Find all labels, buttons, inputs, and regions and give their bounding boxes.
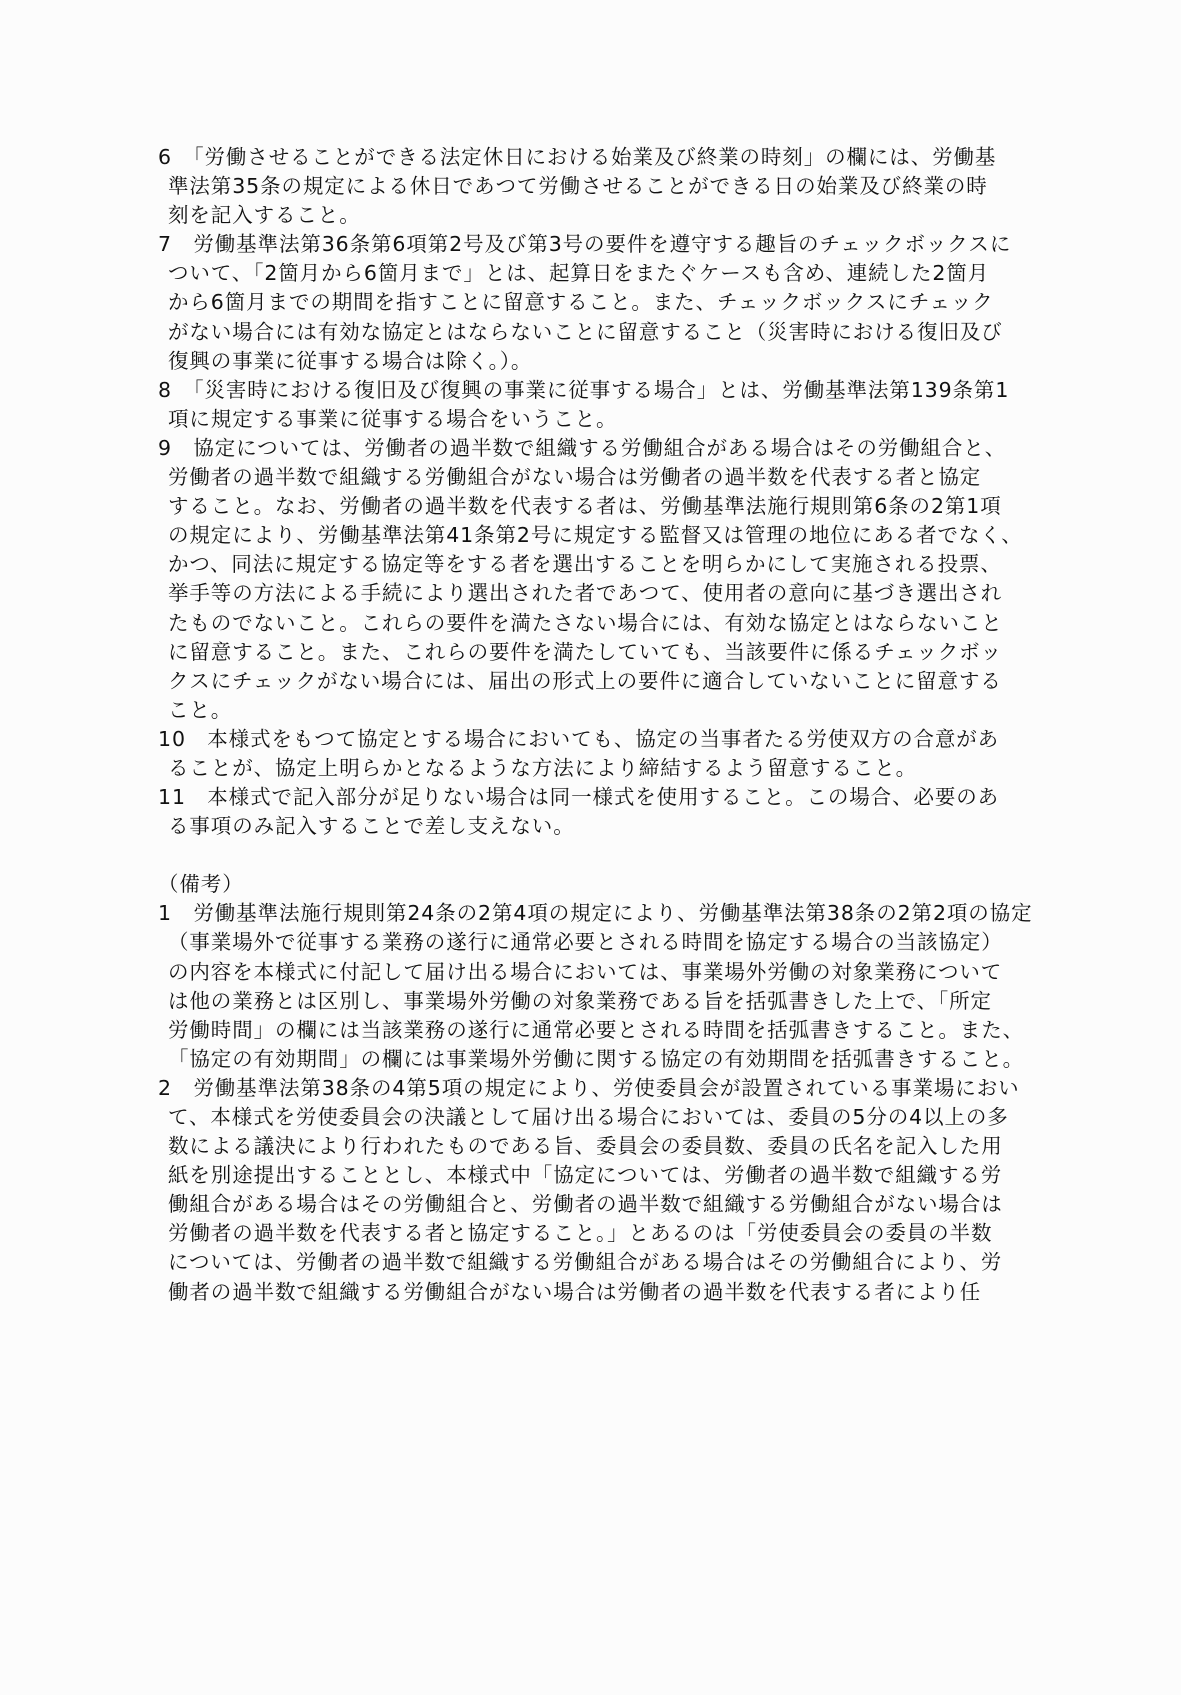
text-line: クスにチェックがない場合には、届出の形式上の要件に適合していないことに留意する	[158, 667, 1038, 696]
text-line: 挙手等の方法による手続により選出された者であつて、使用者の意向に基づき選出され	[158, 579, 1038, 608]
text-line: 労働者の過半数で組織する労働組合がない場合は労働者の過半数を代表する者と協定	[158, 463, 1038, 492]
note-item-8: 8 「災害時における復旧及び復興の事業に従事する場合」とは、労働基準法第139条…	[158, 376, 1038, 434]
text-line: 8 「災害時における復旧及び復興の事業に従事する場合」とは、労働基準法第139条…	[158, 376, 1038, 405]
text-line: 1 労働基準法施行規則第24条の2第4項の規定により、労働基準法第38条の2第2…	[158, 899, 1038, 928]
text-line: 刻を記入すること。	[158, 201, 1038, 230]
text-line: 数による議決により行われたものである旨、委員会の委員数、委員の氏名を記入した用	[158, 1132, 1038, 1161]
remarks-heading: （備考）	[158, 870, 1038, 899]
text-line: に留意すること。また、これらの要件を満たしていても、当該要件に係るチェックボッ	[158, 638, 1038, 667]
remark-item-2: 2 労働基準法第38条の4第5項の規定により、労使委員会が設置されている事業場に…	[158, 1074, 1038, 1307]
text-line: 9 協定については、労働者の過半数で組織する労働組合がある場合はその労働組合と、	[158, 434, 1038, 463]
note-item-10: 10 本様式をもつて協定とする場合においても、協定の当事者たる労使双方の合意があ…	[158, 725, 1038, 783]
text-line: 「協定の有効期間」の欄には事業場外労働に関する協定の有効期間を括弧書きすること。	[158, 1045, 1038, 1074]
text-line: て、本様式を労使委員会の決議として届け出る場合においては、委員の5分の4以上の多	[158, 1103, 1038, 1132]
text-line: がない場合には有効な協定とはならないことに留意すること（災害時における復旧及び	[158, 318, 1038, 347]
text-line: たものでないこと。これらの要件を満たさない場合には、有効な協定とはならないこと	[158, 609, 1038, 638]
text-line: 労働時間」の欄には当該業務の遂行に通常必要とされる時間を括弧書きすること。また、	[158, 1016, 1038, 1045]
text-line: については、労働者の過半数で組織する労働組合がある場合はその労働組合により、労	[158, 1248, 1038, 1277]
text-line: 準法第35条の規定による休日であつて労働させることができる日の始業及び終業の時	[158, 172, 1038, 201]
note-item-9: 9 協定については、労働者の過半数で組織する労働組合がある場合はその労働組合と、…	[158, 434, 1038, 725]
text-line: 2 労働基準法第38条の4第5項の規定により、労使委員会が設置されている事業場に…	[158, 1074, 1038, 1103]
text-line: ることが、協定上明らかとなるような方法により締結するよう留意すること。	[158, 754, 1038, 783]
note-item-11: 11 本様式で記入部分が足りない場合は同一様式を使用すること。この場合、必要のあ…	[158, 783, 1038, 841]
text-line: かつ、同法に規定する協定等をする者を選出することを明らかにして実施される投票、	[158, 550, 1038, 579]
text-line: 働組合がある場合はその労働組合と、労働者の過半数で組織する労働組合がない場合は	[158, 1190, 1038, 1219]
text-line: る事項のみ記入することで差し支えない。	[158, 812, 1038, 841]
text-line: 6 「労働させることができる法定休日における始業及び終業の時刻」の欄には、労働基	[158, 143, 1038, 172]
text-line: の規定により、労働基準法第41条第2号に規定する監督又は管理の地位にある者でなく…	[158, 521, 1038, 550]
section-spacer	[158, 841, 1038, 870]
text-line: ついて、「2箇月から6箇月まで」とは、起算日をまたぐケースも含め、連続した2箇月	[158, 259, 1038, 288]
document-page: 6 「労働させることができる法定休日における始業及び終業の時刻」の欄には、労働基…	[158, 143, 1038, 1307]
text-line: 11 本様式で記入部分が足りない場合は同一様式を使用すること。この場合、必要のあ	[158, 783, 1038, 812]
text-line: から6箇月までの期間を指すことに留意すること。また、チェックボックスにチェック	[158, 288, 1038, 317]
text-line: すること。なお、労働者の過半数を代表する者は、労働基準法施行規則第6条の2第1項	[158, 492, 1038, 521]
text-line: 紙を別途提出することとし、本様式中「協定については、労働者の過半数で組織する労	[158, 1161, 1038, 1190]
text-line: 項に規定する事業に従事する場合をいうこと。	[158, 405, 1038, 434]
text-line: 労働者の過半数を代表する者と協定すること。」とあるのは「労使委員会の委員の半数	[158, 1219, 1038, 1248]
text-line: 働者の過半数で組織する労働組合がない場合は労働者の過半数を代表する者により任	[158, 1278, 1038, 1307]
text-line: 復興の事業に従事する場合は除く。）。	[158, 347, 1038, 376]
remark-item-1: 1 労働基準法施行規則第24条の2第4項の規定により、労働基準法第38条の2第2…	[158, 899, 1038, 1074]
text-line: は他の業務とは区別し、事業場外労働の対象業務である旨を括弧書きした上で、「所定	[158, 987, 1038, 1016]
note-item-6: 6 「労働させることができる法定休日における始業及び終業の時刻」の欄には、労働基…	[158, 143, 1038, 230]
text-line: の内容を本様式に付記して届け出る場合においては、事業場外労働の対象業務について	[158, 958, 1038, 987]
text-line: 7 労働基準法第36条第6項第2号及び第3号の要件を遵守する趣旨のチェックボック…	[158, 230, 1038, 259]
note-item-7: 7 労働基準法第36条第6項第2号及び第3号の要件を遵守する趣旨のチェックボック…	[158, 230, 1038, 375]
text-line: こと。	[158, 696, 1038, 725]
text-line: 10 本様式をもつて協定とする場合においても、協定の当事者たる労使双方の合意があ	[158, 725, 1038, 754]
text-line: （事業場外で従事する業務の遂行に通常必要とされる時間を協定する場合の当該協定）	[158, 928, 1038, 957]
